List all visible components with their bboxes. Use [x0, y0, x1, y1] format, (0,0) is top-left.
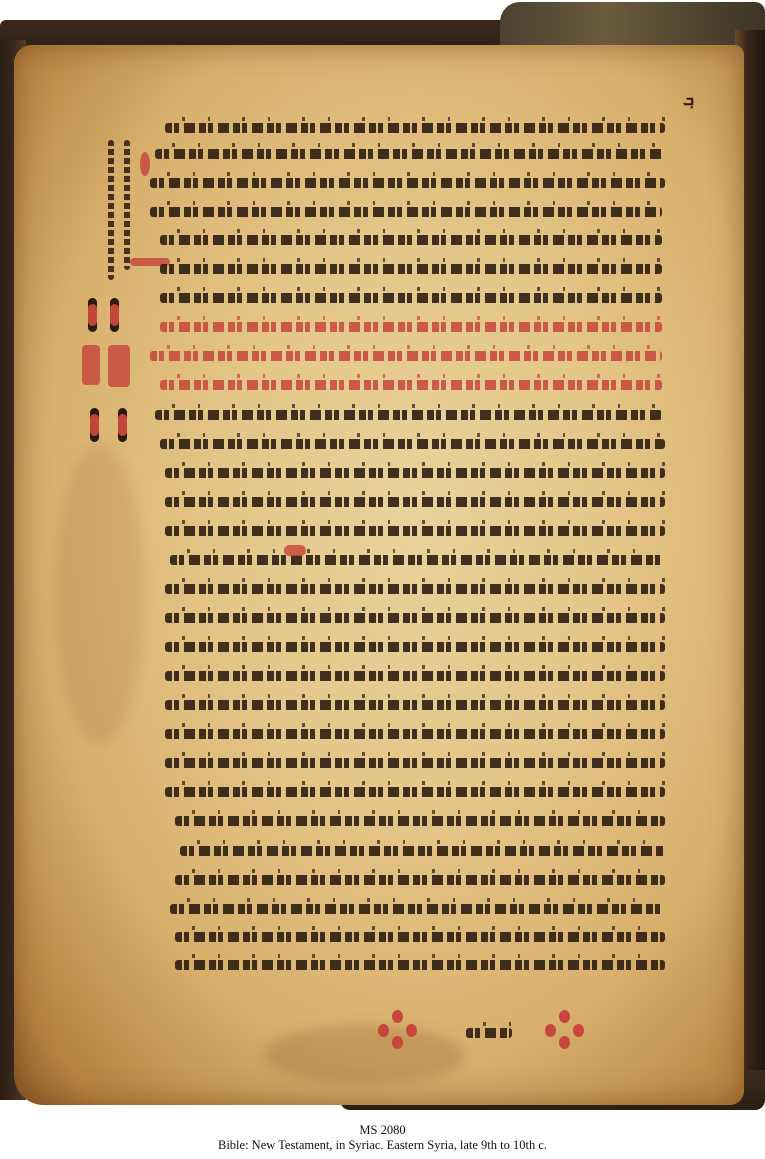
text-line [175, 960, 665, 970]
text-line [165, 642, 665, 652]
text-line [165, 526, 665, 536]
rubric-letter [82, 345, 100, 385]
rubric-mark [88, 298, 97, 332]
manuscript-photo: ܒ݂ [0, 0, 765, 1110]
caption-description: Bible: New Testament, in Syriac. Eastern… [0, 1138, 765, 1153]
rubric-mark [90, 408, 99, 442]
text-line [170, 904, 665, 914]
text-line [150, 351, 662, 361]
text-line [165, 700, 665, 710]
text-line [150, 207, 662, 217]
rubric-dots [140, 152, 150, 176]
text-line [180, 846, 665, 856]
red-punctuation [284, 545, 306, 556]
text-line [155, 149, 665, 159]
rubric-mark [118, 408, 127, 442]
text-line [165, 729, 665, 739]
rubric-letter [108, 345, 130, 387]
text-line [165, 787, 665, 797]
text-line [175, 816, 665, 826]
text-line [165, 584, 665, 594]
margin-annotation [124, 140, 130, 270]
text-line [165, 497, 665, 507]
text-line [175, 875, 665, 885]
rosette-ornament-right [545, 1010, 585, 1050]
text-line [160, 293, 662, 303]
margin-annotation [108, 140, 114, 280]
text-line [165, 671, 665, 681]
rosette-ornament-left [378, 1010, 418, 1050]
folio-number: ܒ݂ [683, 92, 694, 110]
catchword [466, 1028, 512, 1038]
text-line [165, 758, 665, 768]
caption-shelfmark: MS 2080 [0, 1123, 765, 1138]
text-line [150, 178, 665, 188]
text-line [160, 439, 665, 449]
text-line [160, 235, 662, 245]
text-line [160, 264, 662, 274]
text-line [165, 613, 665, 623]
text-line [160, 322, 662, 332]
edge-stain [54, 445, 144, 745]
text-line [160, 380, 662, 390]
text-line [165, 468, 665, 478]
water-stain [264, 1025, 464, 1085]
text-line [155, 410, 662, 420]
text-line [170, 555, 665, 565]
text-line [175, 932, 665, 942]
rubric-mark [110, 298, 119, 332]
text-line [165, 123, 665, 133]
